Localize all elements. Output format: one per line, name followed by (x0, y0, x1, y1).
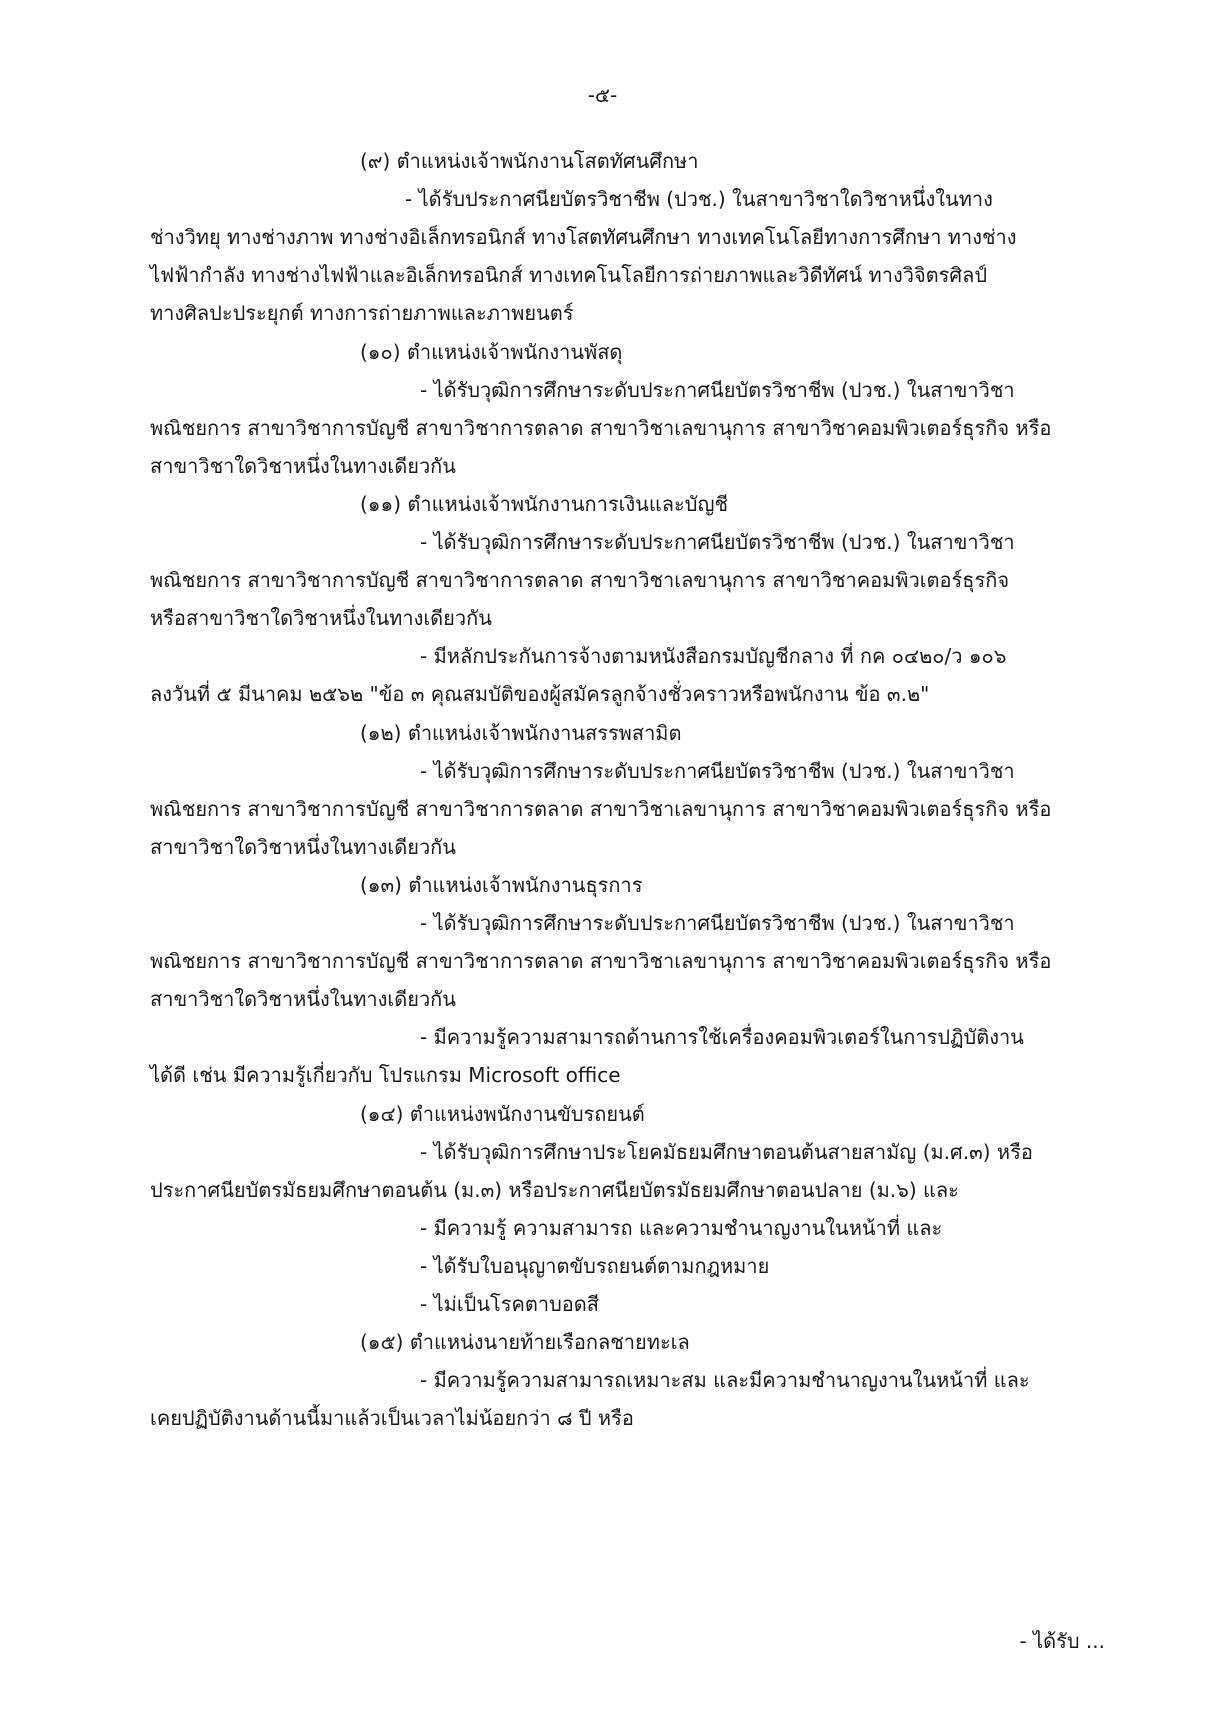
page-number: -๕- (0, 82, 1205, 108)
bullet-line: - มีความรู้ ความสามารถ และความชำนาญงานใน… (420, 1215, 942, 1241)
body-line: ได้ดี เช่น มีความรู้เกี่ยวกับ โปรแกรม Mi… (150, 1062, 621, 1088)
body-line: ไฟฟ้ากำลัง ทางช่างไฟฟ้าและอิเล็กทรอนิกส์… (150, 262, 987, 288)
bullet-line: - มีความรู้ความสามารถเหมาะสม และมีความชำ… (420, 1367, 1030, 1393)
body-line: พณิชยการ สาขาวิชาการบัญชี สาขาวิชาการตลา… (150, 415, 1051, 441)
bullet-line: - ได้รับวุฒิการศึกษาระดับประกาศนียบัตรวิ… (420, 758, 1015, 784)
document-page: -๕- (๙) ตำแหน่งเจ้าพนักงานโสตทัศนศึกษา -… (0, 0, 1205, 1718)
bullet-line: - ได้รับวุฒิการศึกษาระดับประกาศนียบัตรวิ… (420, 377, 1015, 403)
section-heading-9: (๙) ตำแหน่งเจ้าพนักงานโสตทัศนศึกษา (360, 148, 698, 174)
continuation-marker: - ได้รับ ... (1020, 1628, 1106, 1654)
section-heading-14: (๑๔) ตำแหน่งพนักงานขับรถยนต์ (360, 1101, 645, 1127)
body-line: สาขาวิชาใดวิชาหนึ่งในทางเดียวกัน (150, 453, 456, 479)
body-line: หรือสาขาวิชาใดวิชาหนึ่งในทางเดียวกัน (150, 605, 492, 631)
bullet-line: - ได้รับวุฒิการศึกษาประโยคมัธยมศึกษาตอนต… (420, 1139, 1033, 1165)
bullet-line: - ได้รับประกาศนียบัตรวิชาชีพ (ปวช.) ในสา… (405, 186, 993, 212)
bullet-line: - มีหลักประกันการจ้างตามหนังสือกรมบัญชีก… (420, 643, 1006, 669)
body-line: ลงวันที่ ๕ มีนาคม ๒๕๖๒ "ข้อ ๓ คุณสมบัติข… (150, 681, 929, 707)
section-heading-11: (๑๑) ตำแหน่งเจ้าพนักงานการเงินและบัญชี (360, 491, 728, 517)
bullet-line: - ได้รับวุฒิการศึกษาระดับประกาศนียบัตรวิ… (420, 529, 1015, 555)
body-line: พณิชยการ สาขาวิชาการบัญชี สาขาวิชาการตลา… (150, 796, 1051, 822)
bullet-line: - ได้รับวุฒิการศึกษาระดับประกาศนียบัตรวิ… (420, 910, 1015, 936)
body-line: ประกาศนียบัตรมัธยมศึกษาตอนต้น (ม.๓) หรือ… (150, 1177, 959, 1203)
body-line: สาขาวิชาใดวิชาหนึ่งในทางเดียวกัน (150, 834, 456, 860)
bullet-line: - ไม่เป็นโรคตาบอดสี (420, 1291, 599, 1317)
body-line: เคยปฏิบัติงานด้านนี้มาแล้วเป็นเวลาไม่น้อ… (150, 1405, 634, 1431)
section-heading-13: (๑๓) ตำแหน่งเจ้าพนักงานธุรการ (360, 872, 643, 898)
body-line: พณิชยการ สาขาวิชาการบัญชี สาขาวิชาการตลา… (150, 567, 1009, 593)
section-heading-10: (๑๐) ตำแหน่งเจ้าพนักงานพัสดุ (360, 339, 622, 365)
bullet-line: - ได้รับใบอนุญาตขับรถยนต์ตามกฎหมาย (420, 1253, 769, 1279)
section-heading-12: (๑๒) ตำแหน่งเจ้าพนักงานสรรพสามิต (360, 720, 681, 746)
body-line: ทางศิลปะประยุกต์ ทางการถ่ายภาพและภาพยนตร… (150, 300, 573, 326)
body-line: ช่างวิทยุ ทางช่างภาพ ทางช่างอิเล็กทรอนิก… (150, 224, 1017, 250)
body-line: สาขาวิชาใดวิชาหนึ่งในทางเดียวกัน (150, 986, 456, 1012)
body-line: พณิชยการ สาขาวิชาการบัญชี สาขาวิชาการตลา… (150, 948, 1051, 974)
section-heading-15: (๑๕) ตำแหน่งนายท้ายเรือกลชายทะเล (360, 1329, 690, 1355)
bullet-line: - มีความรู้ความสามารถด้านการใช้เครื่องคอ… (420, 1024, 1024, 1050)
